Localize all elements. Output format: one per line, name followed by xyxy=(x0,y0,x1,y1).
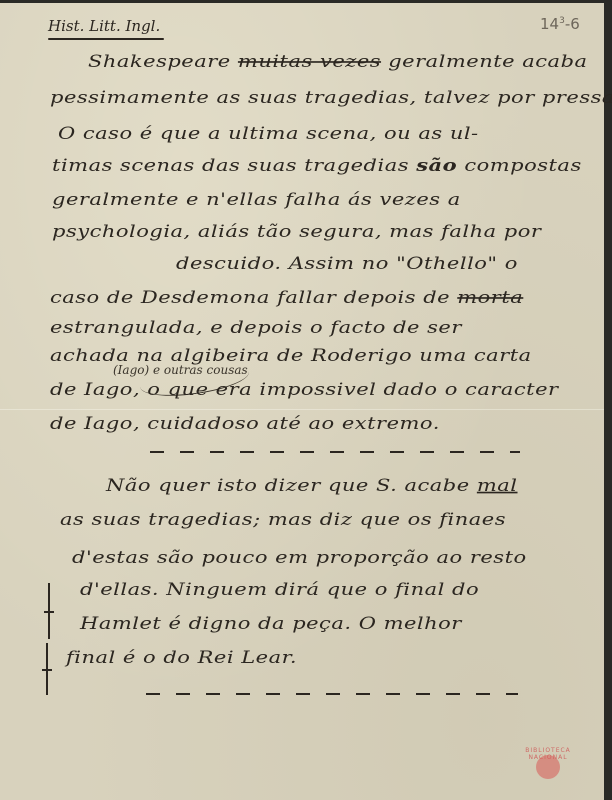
manuscript-line-12: de Iago, cuidadoso até ao extremo. xyxy=(50,413,440,433)
manuscript-line-6: psychologia, aliás tão segura, mas falha… xyxy=(52,221,541,241)
page-number-main: 14 xyxy=(540,15,559,33)
line-text: timas scenas das suas tragedias xyxy=(52,155,416,175)
manuscript-line-11: de Iago, o que era impossivel dado o car… xyxy=(50,379,559,399)
line-text: Não quer isto dizer que S. acabe xyxy=(106,475,477,495)
margin-mark-1 xyxy=(48,583,50,639)
underlined-text: mal xyxy=(477,475,518,495)
page-number: 143-6 xyxy=(540,15,580,33)
manuscript-line-3: O caso é que a ultima scena, ou as ul- xyxy=(58,123,479,143)
manuscript-line-16: d'ellas. Ninguem dirá que o final do xyxy=(80,579,479,599)
library-stamp: BIBLIOTECA NACIONAL xyxy=(522,747,574,791)
manuscript-line-7: descuido. Assim no "Othello" o xyxy=(176,253,518,273)
page-number-suffix: -6 xyxy=(565,15,580,33)
emphasized-text: são xyxy=(416,155,457,176)
manuscript-line-18: final é o do Rei Lear. xyxy=(66,647,297,667)
struck-text: morta xyxy=(457,287,523,307)
header-underline xyxy=(48,38,164,40)
line-text: compostas xyxy=(457,155,582,175)
manuscript-line-13: Não quer isto dizer que S. acabe mal xyxy=(106,475,518,495)
paper-fold-line xyxy=(0,409,604,410)
section-divider-2 xyxy=(146,693,518,695)
stamp-seal-icon xyxy=(536,755,560,779)
manuscript-line-1: Shakespeare muitas vezes geralmente acab… xyxy=(88,51,588,71)
section-divider-1 xyxy=(150,451,520,453)
manuscript-line-17: Hamlet é digno da peça. O melhor xyxy=(80,613,462,633)
line-text: geralmente acaba xyxy=(381,51,588,71)
header-label: Hist. Litt. Ingl. xyxy=(48,17,160,35)
manuscript-line-15: d'estas são pouco em proporção ao resto xyxy=(72,547,527,567)
manuscript-line-4: timas scenas das suas tragedias são comp… xyxy=(52,155,582,176)
manuscript-line-9: estrangulada, e depois o facto de ser xyxy=(50,317,462,337)
manuscript-line-8: caso de Desdemona fallar depois de morta xyxy=(50,287,523,307)
manuscript-line-2: pessimamente as suas tragedias, talvez p… xyxy=(50,87,612,107)
manuscript-line-14: as suas tragedias; mas diz que os finaes xyxy=(60,509,506,529)
line-text: Shakespeare xyxy=(88,51,238,71)
margin-mark-2 xyxy=(46,643,48,695)
manuscript-line-5: geralmente e n'ellas falha ás vezes a xyxy=(52,189,461,209)
line-text: caso de Desdemona fallar depois de xyxy=(50,287,457,307)
manuscript-page: Hist. Litt. Ingl. 143-6 Shakespeare muit… xyxy=(0,3,604,800)
struck-text: muitas vezes xyxy=(238,51,381,71)
